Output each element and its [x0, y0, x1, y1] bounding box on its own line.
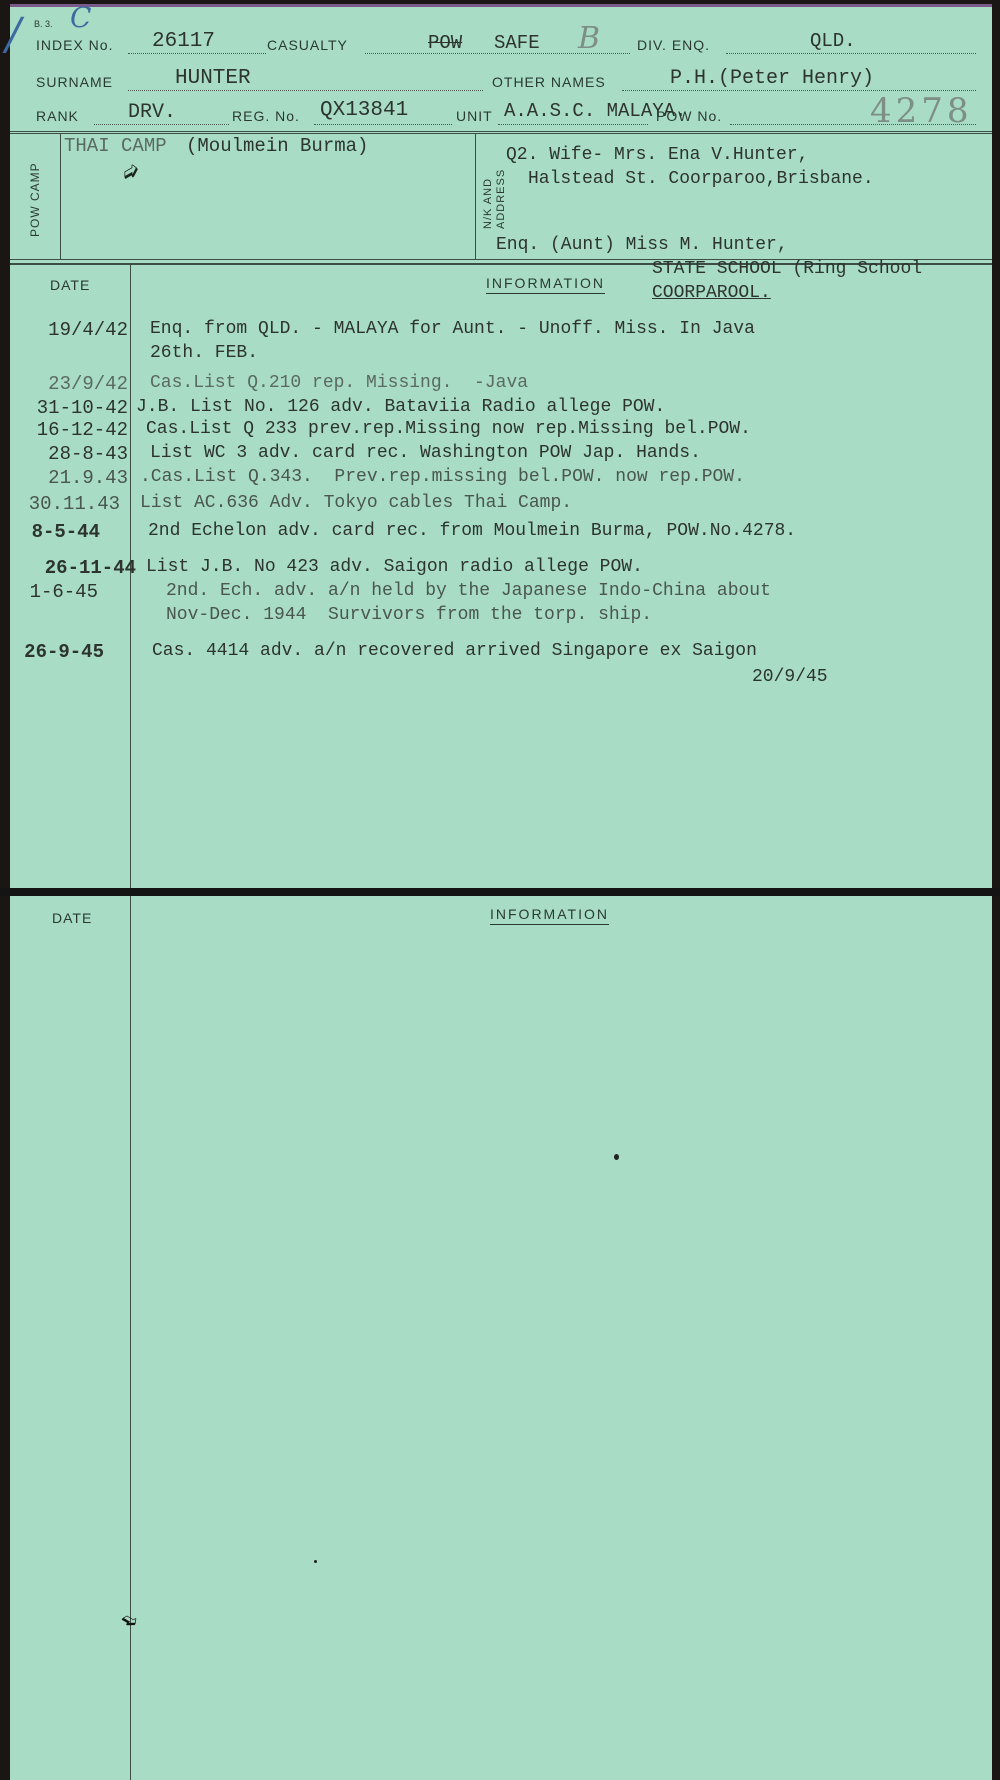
pow-no-label: POW No.	[656, 108, 722, 124]
row-info-cont: Nov-Dec. 1944 Survivors from the torp. s…	[166, 605, 652, 625]
index-no-value: 26117	[152, 30, 215, 53]
pen-mark: ➫	[117, 156, 144, 186]
rank-dotted-line	[94, 124, 229, 125]
pow-camp-value: (Moulmein Burma)	[186, 135, 368, 157]
record-card-front: / B. 3. C INDEX No. 26117 CASUALTY POW S…	[10, 4, 992, 891]
pen-mark: ➫	[118, 1608, 142, 1634]
speck	[314, 1560, 317, 1563]
form-code: B. 3.	[34, 19, 53, 29]
nk-continuation-2: COORPAROOL.	[652, 283, 771, 303]
casualty-label: CASUALTY	[267, 37, 348, 53]
date-header: DATE	[50, 277, 90, 293]
record-card-back: DATE INFORMATION ➫	[10, 896, 992, 1780]
pow-no-value: 4278	[870, 91, 973, 131]
row-info: .Cas.List Q.343. Prev.rep.missing bel.PO…	[140, 467, 745, 487]
reg-no-label: REG. No.	[232, 108, 300, 124]
row-date: 28-8-43	[10, 443, 128, 465]
row-date: 30.11.43	[2, 493, 120, 515]
row-date: 19/4/42	[10, 319, 128, 341]
casualty-value: SAFE	[494, 32, 540, 54]
div-enq-value: QLD.	[810, 30, 856, 52]
casualty-pencil-mark: B	[578, 21, 600, 56]
blue-pencil-slash-mark: /	[6, 9, 21, 60]
pow-camp-divider	[60, 133, 61, 259]
surname-value: HUNTER	[175, 67, 251, 90]
other-names-label: OTHER NAMES	[492, 74, 606, 90]
pow-camp-faint-value: THAI CAMP	[64, 135, 167, 157]
speck	[614, 1154, 619, 1160]
unit-dotted-line	[498, 124, 648, 125]
nk-line-4: Enq. (Aunt) Miss M. Hunter,	[496, 235, 788, 255]
card-separator	[0, 888, 1000, 896]
row-date: 16-12-42	[10, 419, 128, 441]
row-info: List WC 3 adv. card rec. Washington POW …	[150, 443, 701, 463]
row-info: Cas.List Q.210 rep. Missing. -Java	[150, 373, 528, 393]
row-info: List J.B. No 423 adv. Saigon radio alleg…	[146, 557, 643, 577]
nk-line-2: Halstead St. Coorparoo,Brisbane.	[528, 169, 874, 189]
nk-label: N/K AND	[482, 178, 494, 229]
nk-divider	[475, 133, 476, 259]
pow-camp-label: POW CAMP	[28, 162, 42, 237]
row-info: Cas.List Q 233 prev.rep.Missing now rep.…	[146, 419, 751, 439]
address-label: ADDRESS	[495, 169, 507, 229]
divider	[10, 131, 992, 132]
information-header: INFORMATION	[490, 906, 609, 925]
index-no-dotted-line	[128, 53, 266, 54]
row-info: J.B. List No. 126 adv. Bataviia Radio al…	[136, 397, 665, 417]
rank-value: DRV.	[128, 101, 176, 124]
corner-mark: C	[70, 1, 91, 34]
row-info: 2nd Echelon adv. card rec. from Moulmein…	[148, 521, 796, 541]
date-column-divider	[130, 896, 131, 1780]
index-no-label: INDEX No.	[36, 37, 113, 53]
surname-label: SURNAME	[36, 74, 113, 90]
reg-no-value: QX13841	[320, 99, 408, 122]
surname-dotted-line	[128, 90, 483, 91]
nk-continuation-1: STATE SCHOOL (Ring School	[652, 259, 922, 279]
row-date: 8-5-44	[0, 521, 100, 543]
row-date: 26-11-44	[18, 557, 136, 579]
date-header: DATE	[52, 910, 92, 926]
div-enq-label: DIV. ENQ.	[637, 37, 710, 53]
rank-label: RANK	[36, 108, 79, 124]
row-info-cont: 20/9/45	[752, 667, 828, 687]
row-date: 26-9-45	[0, 641, 104, 663]
row-info: 2nd. Ech. adv. a/n held by the Japanese …	[166, 581, 771, 601]
row-date: 1-6-45	[0, 581, 98, 603]
other-names-value: P.H.(Peter Henry)	[670, 67, 874, 90]
divider	[10, 133, 992, 134]
information-header: INFORMATION	[486, 275, 605, 294]
row-info-cont: 26th. FEB.	[150, 343, 258, 363]
row-info: Enq. from QLD. - MALAYA for Aunt. - Unof…	[150, 319, 755, 339]
nk-line-1: Q2. Wife- Mrs. Ena V.Hunter,	[506, 145, 808, 165]
row-date: 21.9.43	[10, 467, 128, 489]
row-info: Cas. 4414 adv. a/n recovered arrived Sin…	[152, 641, 757, 661]
unit-label: UNIT	[456, 108, 493, 124]
row-date: 31-10-42	[10, 397, 128, 419]
row-info: List AC.636 Adv. Tokyo cables Thai Camp.	[140, 493, 572, 513]
row-date: 23/9/42	[10, 373, 128, 395]
div-enq-dotted-line	[726, 53, 976, 54]
reg-no-dotted-line	[314, 124, 452, 125]
casualty-struck-value: POW	[428, 32, 462, 54]
